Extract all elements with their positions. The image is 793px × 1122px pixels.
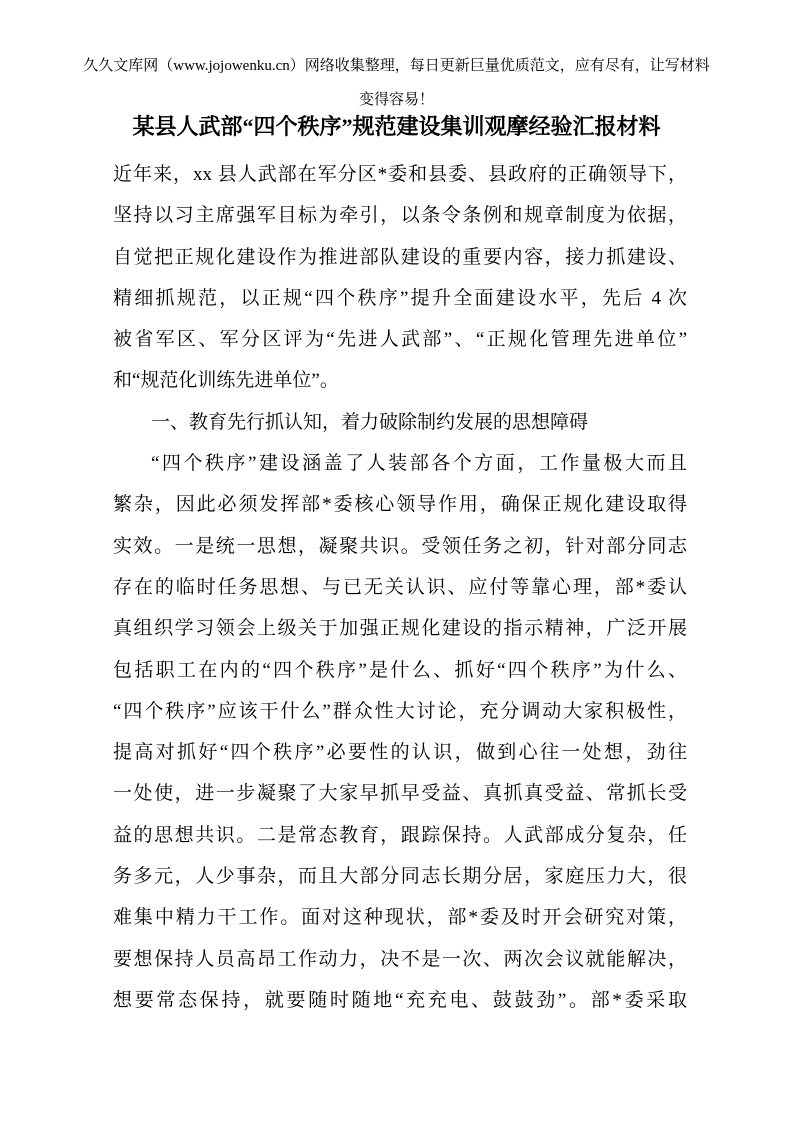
body-line: 要想保持人员高昂工作动力，决不是一次、两次会议就能解决，	[113, 939, 687, 980]
site-header: 久久文库网（www.jojowenku.cn）网络收集整理，每日更新巨量优质范文…	[54, 49, 739, 117]
section-heading: 一、教育先行抓认知，着力破除制约发展的思想障碍	[113, 402, 687, 443]
body-line: 包括职工在内的“四个秩序”是什么、抓好“四个秩序”为什么、	[113, 650, 687, 691]
body-line: 想要常态保持，就要随时随地“充充电、鼓鼓劲”。部*委采取	[113, 980, 687, 1021]
document-body: 近年来，xx 县人武部在军分区*委和县委、县政府的正确领导下， 坚持以习主席强军…	[113, 154, 687, 1021]
body-line: 和“规范化训练先进单位”。	[113, 360, 687, 401]
body-line: 被省军区、军分区评为“先进人武部”、“正规化管理先进单位”	[113, 319, 687, 360]
body-line: “四个秩序”应该干什么”群众性大讨论，充分调动大家积极性，	[113, 691, 687, 732]
site-header-line-1: 久久文库网（www.jojowenku.cn）网络收集整理，每日更新巨量优质范文…	[54, 49, 739, 83]
body-line: 近年来，xx 县人武部在军分区*委和县委、县政府的正确领导下，	[113, 154, 687, 195]
body-line: 繁杂，因此必须发挥部*委核心领导作用，确保正规化建设取得	[113, 484, 687, 525]
body-line: 坚持以习主席强军目标为牵引，以条令条例和规章制度为依据，	[113, 195, 687, 236]
body-line: 一处使，进一步凝聚了大家早抓早受益、真抓真受益、常抓长受	[113, 773, 687, 814]
body-line: 提高对抓好“四个秩序”必要性的认识，做到心往一处想，劲往	[113, 732, 687, 773]
document-title: 某县人武部“四个秩序”规范建设集训观摩经验汇报材料	[40, 112, 753, 142]
document-page: 久久文库网（www.jojowenku.cn）网络收集整理，每日更新巨量优质范文…	[0, 0, 793, 1122]
body-line: 真组织学习领会上级关于加强正规化建设的指示精神，广泛开展	[113, 608, 687, 649]
body-line: 益的思想共识。二是常态教育，跟踪保持。人武部成分复杂，任	[113, 815, 687, 856]
body-line: 实效。一是统一思想，凝聚共识。受领任务之初，针对部分同志	[113, 526, 687, 567]
body-line: 难集中精力干工作。面对这种现状，部*委及时开会研究对策，	[113, 897, 687, 938]
body-line: 务多元，人少事杂，而且大部分同志长期分居，家庭压力大，很	[113, 856, 687, 897]
body-line: 精细抓规范，以正规“四个秩序”提升全面建设水平，先后 4 次	[113, 278, 687, 319]
body-line: 自觉把正规化建设作为推进部队建设的重要内容，接力抓建设、	[113, 237, 687, 278]
body-line: 存在的临时任务思想、与已无关认识、应付等靠心理，部*委认	[113, 567, 687, 608]
body-line: “四个秩序”建设涵盖了人装部各个方面，工作量极大而且	[113, 443, 687, 484]
